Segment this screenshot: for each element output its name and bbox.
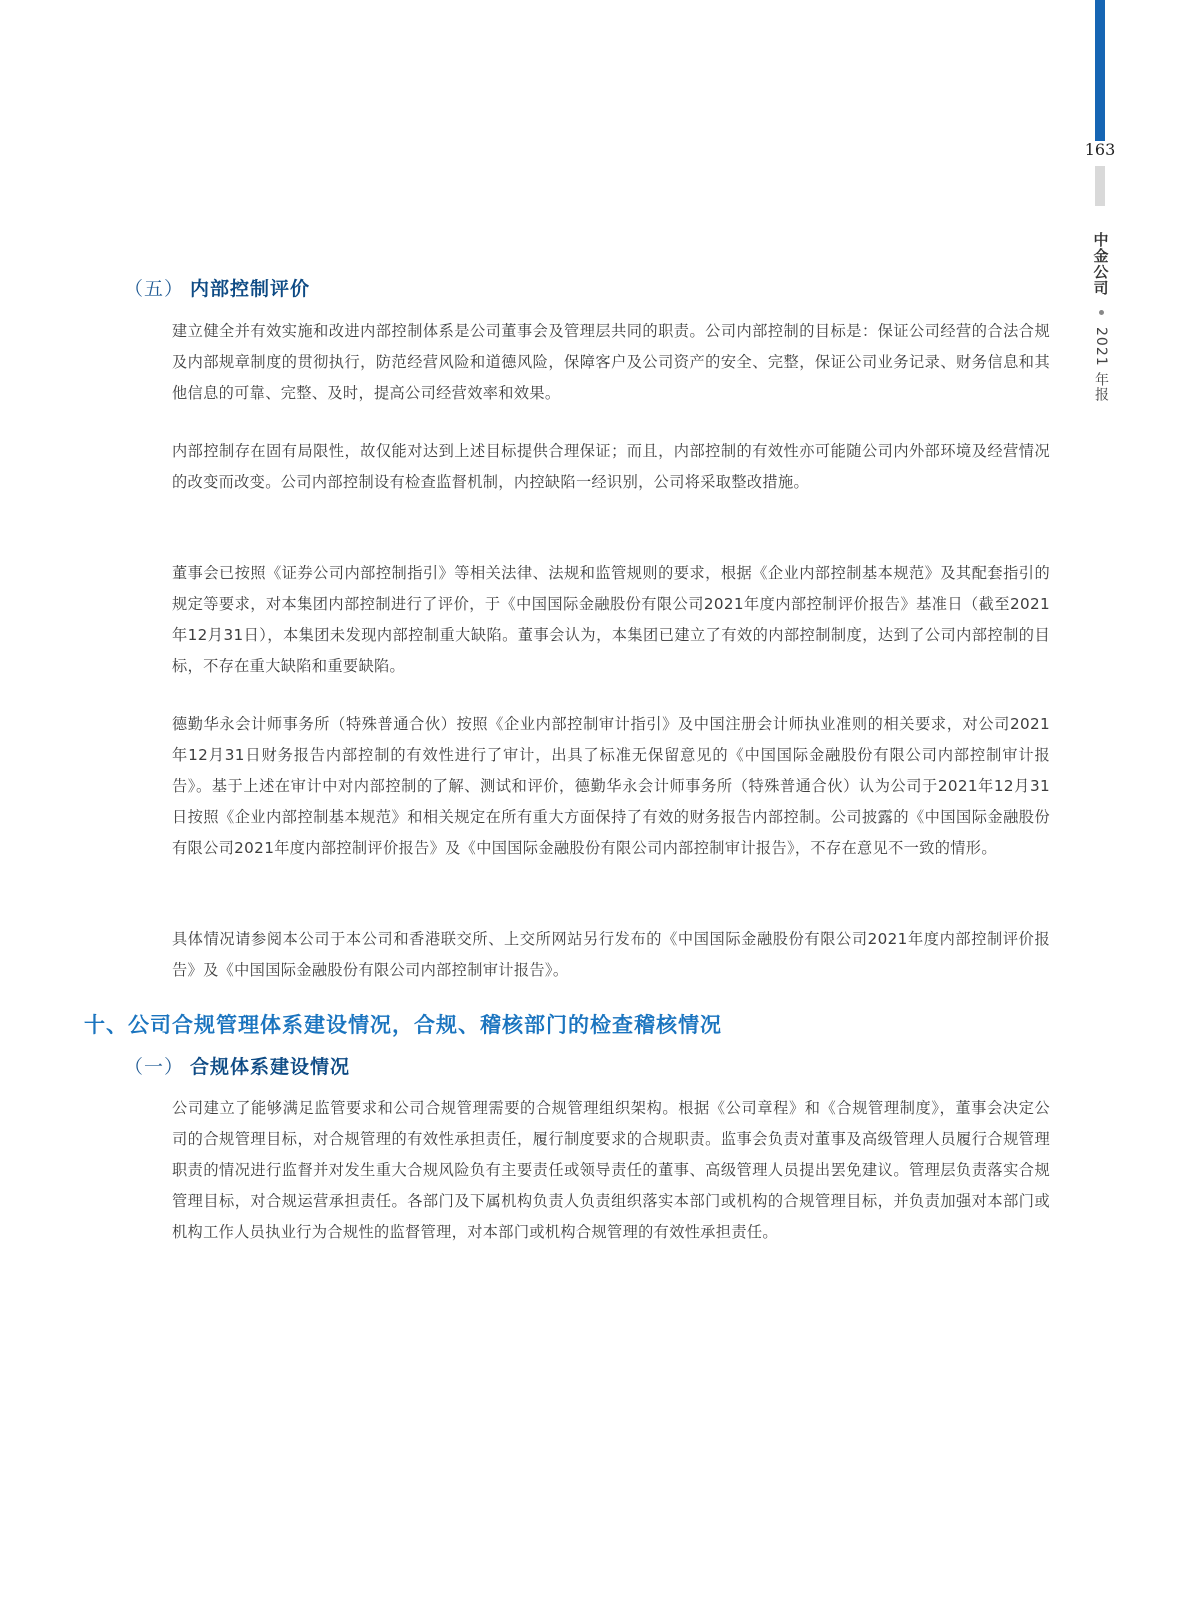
bullet-dot-icon	[1099, 310, 1104, 315]
divider-bar	[1095, 166, 1105, 206]
report-year: 2021 年报	[1091, 327, 1111, 402]
paragraph: 德勤华永会计师事务所（特殊普通合伙）按照《企业内部控制审计指引》及中国注册会计师…	[172, 709, 1050, 864]
section-title: 合规体系建设情况	[190, 1056, 350, 1078]
section-title: 内部控制评价	[190, 278, 310, 300]
brand-name: 中金公司	[1091, 232, 1112, 296]
paragraph: 董事会已按照《证券公司内部控制指引》等相关法律、法规和监管规则的要求，根据《企业…	[172, 558, 1050, 682]
accent-bar	[1095, 0, 1105, 141]
chapter-heading-compliance: 十、公司合规管理体系建设情况，合规、稽核部门的检查稽核情况	[84, 1009, 722, 1039]
paragraph: 公司建立了能够满足监管要求和公司合规管理需要的合规管理组织架构。根据《公司章程》…	[172, 1093, 1050, 1248]
section-heading-compliance-system: （一）合规体系建设情况	[124, 1052, 350, 1079]
section-number: （一）	[124, 1056, 184, 1078]
page-number: 163	[1078, 140, 1122, 159]
paragraph: 建立健全并有效实施和改进内部控制体系是公司董事会及管理层共同的职责。公司内部控制…	[172, 316, 1050, 409]
running-header: 中金公司 2021 年报	[1091, 232, 1111, 402]
section-heading-internal-control-evaluation: （五）内部控制评价	[124, 274, 310, 301]
paragraph: 内部控制存在固有局限性，故仅能对达到上述目标提供合理保证；而且，内部控制的有效性…	[172, 436, 1050, 498]
section-number: （五）	[124, 278, 184, 300]
paragraph: 具体情况请参阅本公司于本公司和香港联交所、上交所网站另行发布的《中国国际金融股份…	[172, 924, 1050, 986]
